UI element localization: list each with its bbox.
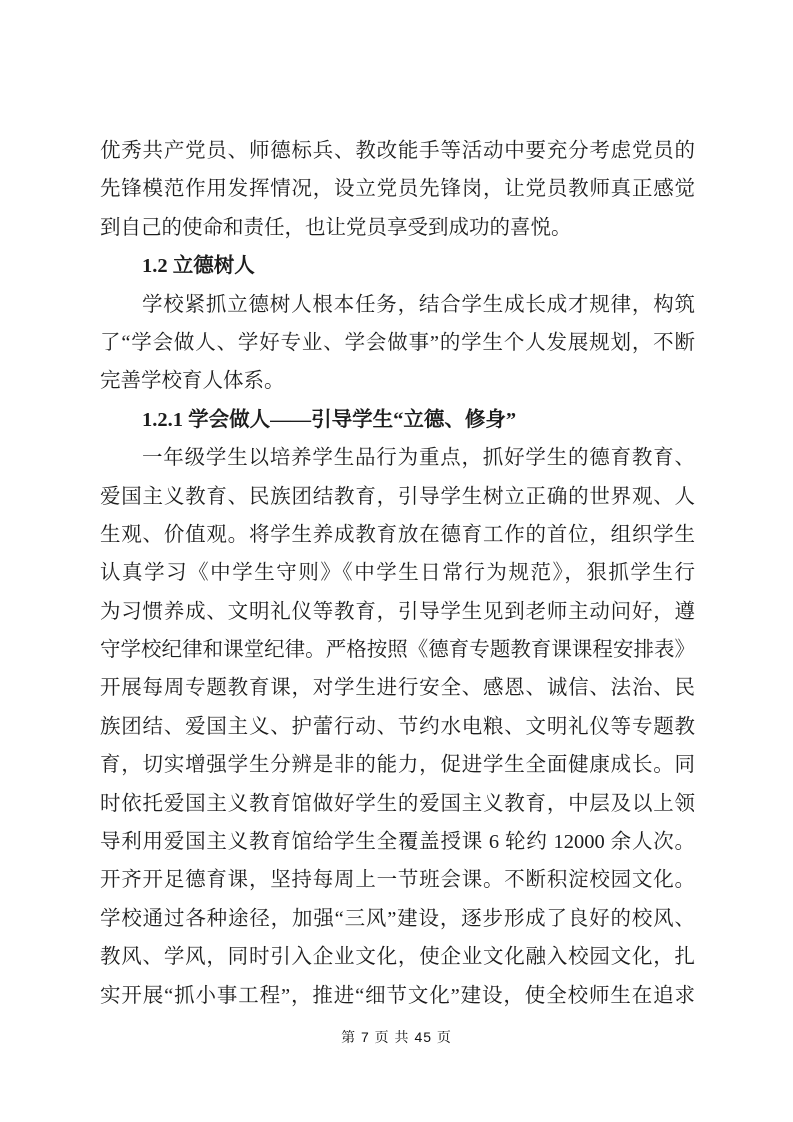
text-line: 学校通过各种途径，加强“三风”建设，逐步形成了良好的校风、 xyxy=(100,900,695,938)
text-line: 教风、学风，同时引入企业文化，使企业文化融入校园文化，扎 xyxy=(100,938,695,976)
text-line: 完善学校育人体系。 xyxy=(100,362,695,400)
text-line: 导利用爱国主义教育馆给学生全覆盖授课 6 轮约 12000 余人次。 xyxy=(100,823,695,861)
text-line: 开齐开足德育课，坚持每周上一节班会课。不断积淀校园文化。 xyxy=(100,861,695,899)
text-line: 时依托爱国主义教育馆做好学生的爱国主义教育，中层及以上领 xyxy=(100,785,695,823)
text-line: 生观、价值观。将学生养成教育放在德育工作的首位，组织学生 xyxy=(100,516,695,554)
text-line: 族团结、爱国主义、护蕾行动、节约水电粮、文明礼仪等专题教 xyxy=(100,708,695,746)
section-heading: 1.2 立德树人 xyxy=(100,247,695,285)
section-heading: 1.2.1 学会做人——引导学生“立德、修身” xyxy=(100,401,695,439)
text-line: 守学校纪律和课堂纪律。严格按照《德育专题教育课课程安排表》 xyxy=(100,631,695,669)
text-line: 育，切实增强学生分辨是非的能力，促进学生全面健康成长。同 xyxy=(100,746,695,784)
text-line: 优秀共产党员、师德标兵、教改能手等活动中要充分考虑党员的 xyxy=(100,132,695,170)
page-footer: 第 7 页 共 45 页 xyxy=(0,1027,793,1047)
text-line: 了“学会做人、学好专业、学会做事”的学生个人发展规划，不断 xyxy=(100,324,695,362)
text-line: 爱国主义教育、民族团结教育，引导学生树立正确的世界观、人 xyxy=(100,478,695,516)
page-number: 第 7 页 共 45 页 xyxy=(341,1029,452,1045)
text-line: 实开展“抓小事工程”，推进“细节文化”建设，使全校师生在追求 xyxy=(100,977,695,1015)
text-line: 认真学习《中学生守则》《中学生日常行为规范》，狠抓学生行 xyxy=(100,554,695,592)
document-text: 优秀共产党员、师德标兵、教改能手等活动中要充分考虑党员的先锋模范作用发挥情况，设… xyxy=(100,132,695,1015)
text-line: 学校紧抓立德树人根本任务，结合学生成长成才规律，构筑 xyxy=(100,286,695,324)
text-line: 一年级学生以培养学生品行为重点，抓好学生的德育教育、 xyxy=(100,439,695,477)
text-line: 到自己的使命和责任，也让党员享受到成功的喜悦。 xyxy=(100,209,695,247)
text-line: 开展每周专题教育课，对学生进行安全、感恩、诚信、法治、民 xyxy=(100,669,695,707)
text-line: 为习惯养成、文明礼仪等教育，引导学生见到老师主动问好，遵 xyxy=(100,593,695,631)
document-page: 优秀共产党员、师德标兵、教改能手等活动中要充分考虑党员的先锋模范作用发挥情况，设… xyxy=(0,0,793,1122)
text-line: 先锋模范作用发挥情况，设立党员先锋岗，让党员教师真正感觉 xyxy=(100,170,695,208)
